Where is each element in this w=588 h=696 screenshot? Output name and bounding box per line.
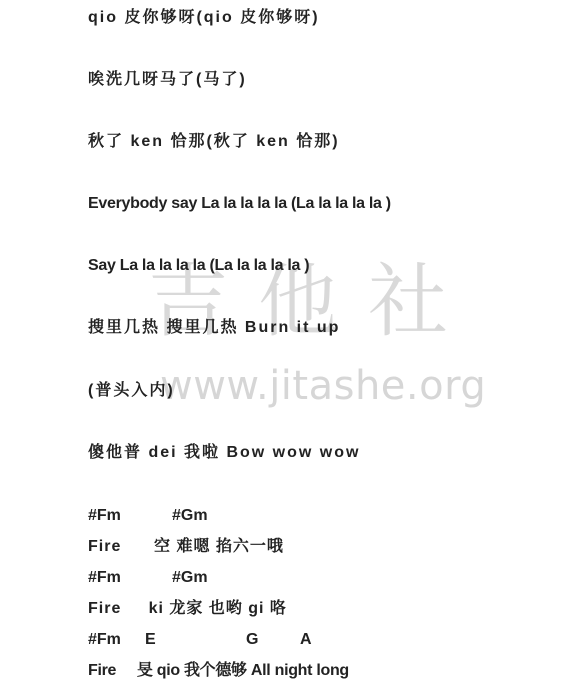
watermark: 吉他社 www.jitashe.org <box>0 0 588 696</box>
chord-label: G <box>246 630 258 650</box>
watermark-url: www.jitashe.org <box>160 366 486 406</box>
lyric-line: qio 皮你够呀(qio 皮你够呀) <box>88 8 320 28</box>
chord-label: #Gm <box>172 506 208 526</box>
chord-label: #Fm <box>88 568 121 588</box>
lyric-line: 唉洗几呀马了(马了) <box>88 70 247 90</box>
chord-lyric-line: Fire ki 龙家 也哟 gi 咯 <box>88 599 287 619</box>
lyric-line: (普头入内) <box>88 381 175 401</box>
chord-label: #Gm <box>172 568 208 588</box>
lyric-line: Everybody say La la la la la (La la la l… <box>88 194 391 214</box>
chord-label: E <box>145 630 156 650</box>
chord-label: #Fm <box>88 506 121 526</box>
lyric-line: 傻他普 dei 我啦 Bow wow wow <box>88 443 360 463</box>
lyric-line: 秋了 ken 恰那(秋了 ken 恰那) <box>88 132 340 152</box>
lyric-line: Say La la la la la (La la la la la ) <box>88 256 309 276</box>
chord-lyric-line: Fire 旻 qio 我个德够 All night long <box>88 661 349 681</box>
chord-lyric-line: Fire 空 难嗯 掐六一哦 <box>88 537 284 557</box>
chord-label: A <box>300 630 312 650</box>
chord-label: #Fm <box>88 630 121 650</box>
lyric-line: 搜里几热 搜里几热 Burn it up <box>88 318 340 338</box>
